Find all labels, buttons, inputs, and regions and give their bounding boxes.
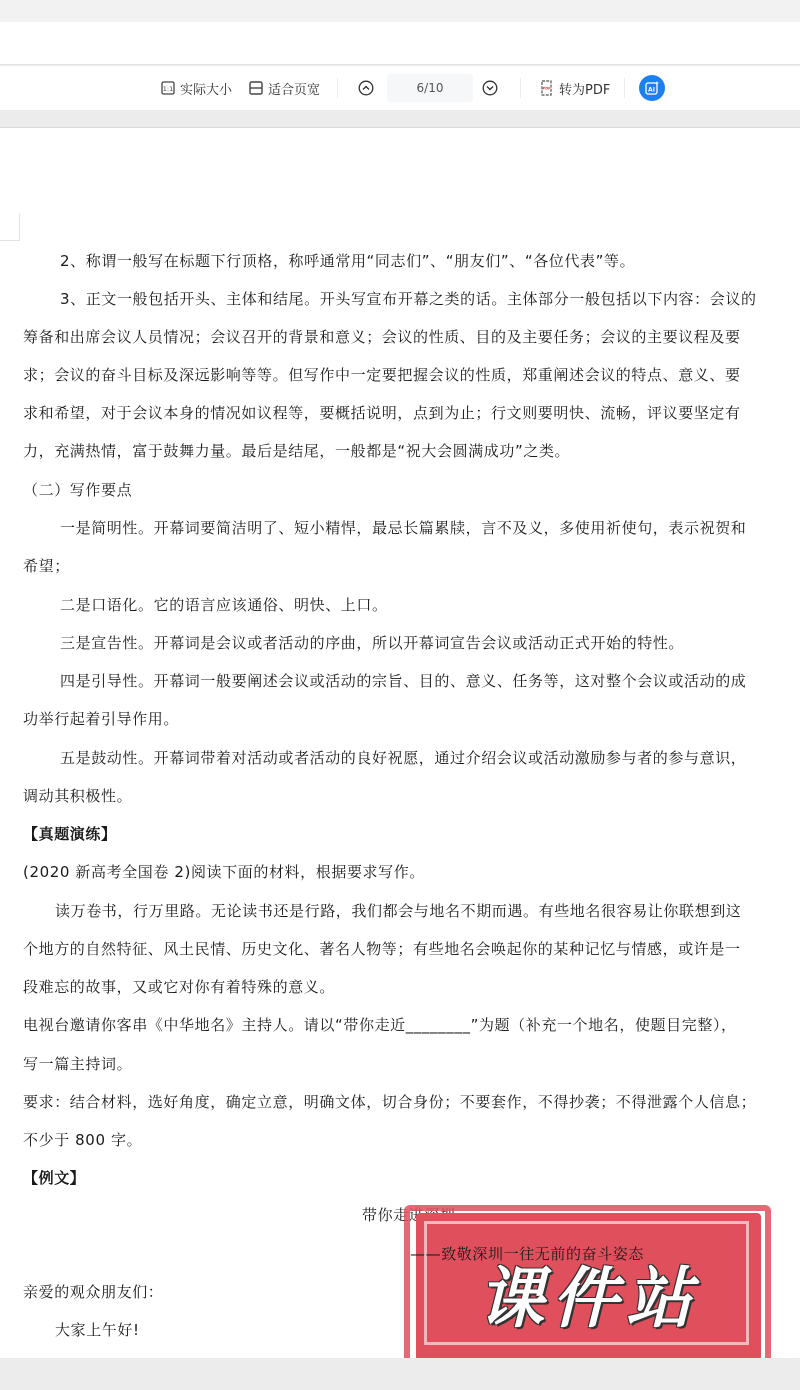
svg-text:1:1: 1:1	[163, 85, 173, 93]
paragraph-line: 2、称谓一般写在标题下行顶格，称呼通常用“同志们”、“朋友们”、“各位代表”等。	[60, 250, 635, 271]
paragraph-line: 一是简明性。开幕词要简洁明了、短小精悍，最忌长篇累牍，言不及义，多使用祈使句，表…	[60, 517, 746, 538]
watermark-stamp: 课件站	[404, 1205, 771, 1358]
paragraph-line: 段难忘的故事，又或它对你有着特殊的意义。	[23, 976, 335, 997]
document-page: 2、称谓一般写在标题下行顶格，称呼通常用“同志们”、“朋友们”、“各位代表”等。…	[0, 128, 800, 1358]
toolbar-divider	[520, 78, 521, 98]
paragraph-line: 3、正文一般包括开头、主体和结尾。开头写宣布开幕之类的话。主体部分一般包括以下内…	[60, 288, 757, 309]
actual-size-label: 实际大小	[180, 79, 232, 98]
viewer-bottom-area	[0, 1358, 800, 1390]
chevron-down-icon	[482, 80, 498, 96]
paragraph-line: 四是引导性。开幕词一般要阐述会议或活动的宗旨、目的、意义、任务等，这对整个会议或…	[60, 670, 746, 691]
next-page-button[interactable]	[480, 78, 500, 98]
chevron-up-icon	[358, 80, 374, 96]
window-top-bar	[0, 0, 800, 22]
page-corner-marker	[0, 214, 20, 241]
paragraph-line: 电视台邀请你客串《中华地名》主持人。请以“带你走近________”为题（补充一…	[23, 1014, 737, 1035]
fit-width-button[interactable]: 适合页宽	[249, 77, 320, 99]
paragraph-line: 个地方的自然特征、风土民情、历史文化、著名人物等；有些地名会唤起你的某种记忆与情…	[23, 938, 741, 959]
section-heading-example: 【例文】	[23, 1167, 85, 1188]
section-heading-practice: 【真题演练】	[23, 823, 117, 844]
greeting: 大家上午好!	[55, 1319, 140, 1340]
toolbar-divider	[337, 78, 338, 98]
viewer-background	[0, 110, 800, 128]
paragraph-line: 写一篇主持词。	[23, 1053, 132, 1074]
svg-text:AI: AI	[648, 87, 655, 94]
paragraph-line: 五是鼓动性。开幕词带着对活动或者活动的良好祝愿，通过介绍会议或活动激励参与者的参…	[60, 747, 746, 768]
page-number-input[interactable]: 6/10	[387, 74, 473, 102]
ai-assistant-button[interactable]: AI	[639, 75, 665, 101]
paragraph-line: 要求：结合材料，选好角度，确定立意，明确文体，切合身份；不要套作，不得抄袭；不得…	[23, 1091, 756, 1112]
section-heading: （二）写作要点	[23, 479, 132, 500]
paragraph-line: 二是口语化。它的语言应该通俗、明快、上口。	[60, 594, 388, 615]
header-area	[0, 22, 800, 65]
toolbar-divider	[624, 78, 625, 98]
page-indicator: 6/10	[417, 81, 444, 95]
actual-size-icon: 1:1	[161, 81, 175, 95]
convert-to-pdf-button[interactable]: PDF 转为PDF	[539, 77, 610, 99]
svg-text:PDF: PDF	[542, 87, 551, 91]
fit-width-label: 适合页宽	[268, 79, 320, 98]
paragraph-line: 力，充满热情，富于鼓舞力量。最后是结尾，一般都是“祝大会圆满成功”之类。	[23, 440, 570, 461]
fit-width-icon	[249, 81, 263, 95]
paragraph-line: (2020 新高考全国卷 2)阅读下面的材料，根据要求写作。	[23, 861, 425, 882]
paragraph-line: 求和希望，对于会议本身的情况如议程等，要概括说明，点到为止；行文则要明快、流畅，…	[23, 402, 741, 423]
ai-icon: AI	[644, 80, 660, 96]
paragraph-line: 筹备和出席会议人员情况；会议召开的背景和意义；会议的性质、目的及主要任务；会议的…	[23, 326, 741, 347]
viewer-toolbar: 1:1 实际大小 适合页宽 6/10 PDF 转为PDF AI	[0, 66, 800, 110]
pdf-icon: PDF	[539, 80, 554, 96]
paragraph-line: 希望；	[23, 555, 70, 576]
paragraph-line: 功举行起着引导作用。	[23, 708, 179, 729]
actual-size-button[interactable]: 1:1 实际大小	[161, 77, 232, 99]
salutation: 亲爱的观众朋友们：	[23, 1281, 163, 1302]
essay-subtitle: ——致敬深圳一往无前的奋斗姿态	[410, 1243, 644, 1264]
paragraph-line: 不少于 800 字。	[23, 1129, 142, 1150]
previous-page-button[interactable]	[356, 78, 376, 98]
paragraph-line: 调动其积极性。	[23, 785, 132, 806]
paragraph-line: 三是宣告性。开幕词是会议或者活动的序曲，所以开幕词宣告会议或活动正式开始的特性。	[60, 632, 684, 653]
convert-pdf-label: 转为PDF	[559, 79, 610, 98]
paragraph-line: 读万卷书，行万里路。无论读书还是行路，我们都会与地名不期而遇。有些地名很容易让你…	[55, 900, 741, 921]
paragraph-line: 求；会议的奋斗目标及深远影响等等。但写作中一定要把握会议的性质，郑重阐述会议的特…	[23, 364, 741, 385]
